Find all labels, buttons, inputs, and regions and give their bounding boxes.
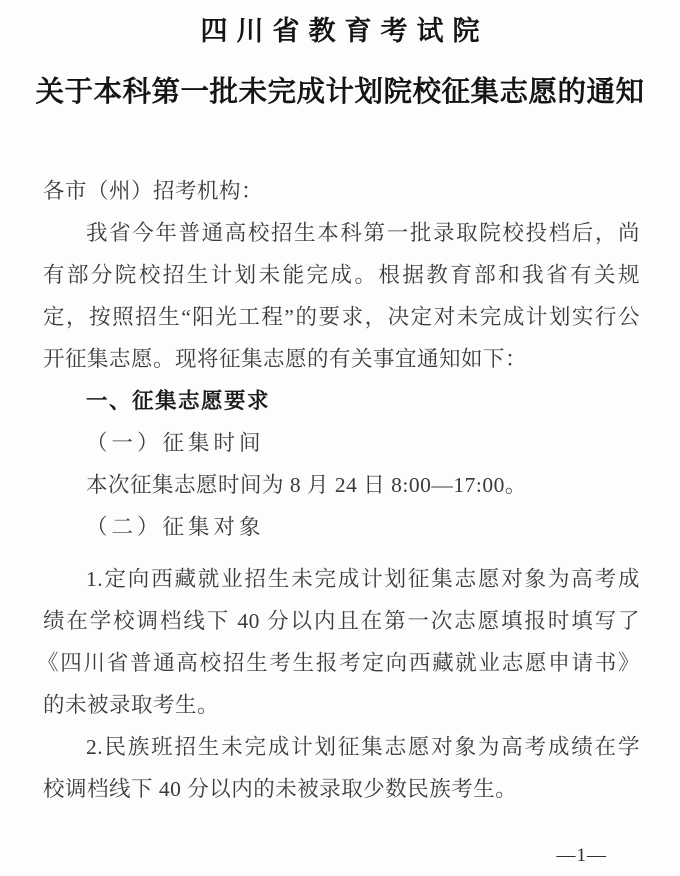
subsection-heading-time: （一）征集时间 xyxy=(43,422,640,464)
paragraph-line: 开征集志愿。现将征集志愿的有关事宜通知如下： xyxy=(43,338,640,380)
paragraph-line-collection-time: 本次征集志愿时间为 8 月 24 日 8:00—17:00。 xyxy=(43,464,640,506)
paragraph-line-item1: 1.定向西藏就业招生未完成计划征集志愿对象为高考成 xyxy=(43,558,640,600)
paragraph-line: 校调档线下 40 分以内的未被录取少数民族考生。 xyxy=(43,768,640,810)
notice-body: 各市（州）招考机构： 我省今年普通高校招生本科第一批录取院校投档后，尚 有部分院… xyxy=(43,170,640,810)
paragraph-line-item2: 2.民族班招生未完成计划征集志愿对象为高考成绩在学 xyxy=(43,726,640,768)
paragraph-line: 的未被录取考生。 xyxy=(43,684,640,726)
paragraph-line: 绩在学校调档线下 40 分以内且在第一次志愿填报时填写了 xyxy=(43,600,640,642)
page-number: —1— xyxy=(557,845,608,867)
paragraph-line: 我省今年普通高校招生本科第一批录取院校投档后，尚 xyxy=(43,212,640,254)
notice-title: 关于本科第一批未完成计划院校征集志愿的通知 xyxy=(0,73,680,111)
paragraph-line: 定，按照招生“阳光工程”的要求，决定对未完成计划实行公 xyxy=(43,296,640,338)
section-heading: 一、征集志愿要求 xyxy=(43,380,640,422)
notice-document-page: 四川省教育考试院 关于本科第一批未完成计划院校征集志愿的通知 各市（州）招考机构… xyxy=(0,0,680,876)
issuing-org-title: 四川省教育考试院 xyxy=(0,13,680,49)
paragraph-line-book-title: 《四川省普通高校招生考生报考定向西藏就业志愿申请书》 xyxy=(37,642,640,684)
paragraph-line: 有部分院校招生计划未能完成。根据教育部和我省有关规 xyxy=(43,254,640,296)
salutation-line: 各市（州）招考机构： xyxy=(43,170,640,212)
subsection-heading-targets: （二）征集对象 xyxy=(43,506,640,548)
